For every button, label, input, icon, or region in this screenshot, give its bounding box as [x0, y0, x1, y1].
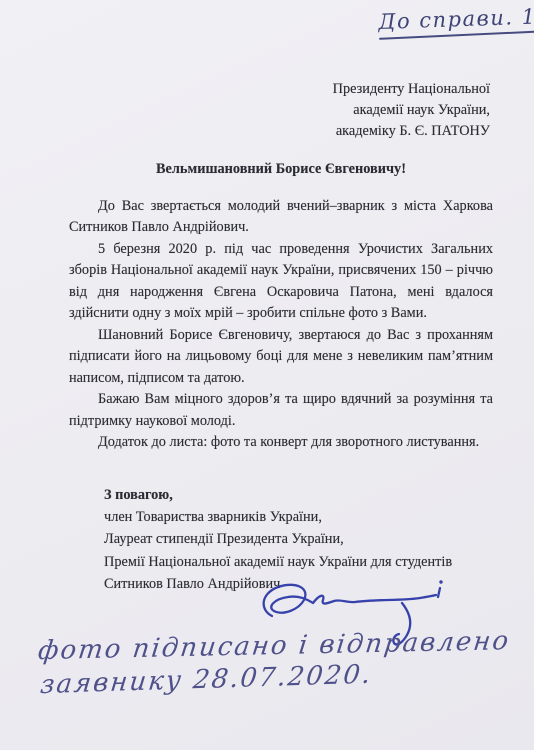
closing-credential: Премії Національної академії наук Україн…: [104, 551, 452, 573]
closing-regards: З повагою,: [104, 484, 452, 506]
scanned-letter-page: До справи. 1 Президенту Національної ака…: [0, 0, 534, 750]
handwritten-bottom-note-line2: заявнику 28.07.2020.: [39, 660, 374, 701]
paragraph: Шановний Борисе Євгеновичу, звертаюся до…: [69, 325, 493, 389]
paragraph: Додаток до листа: фото та конверт для зв…: [69, 432, 493, 453]
recipient-line: Президенту Національної: [333, 79, 490, 100]
closing-credential: член Товариства зварників України,: [104, 506, 452, 528]
paragraph: 5 березня 2020 р. під час проведення Уро…: [69, 239, 493, 325]
salutation: Вельмишановний Борисе Євгеновичу!: [69, 161, 493, 178]
closing-credential: Лауреат стипендії Президента України,: [104, 528, 452, 550]
paragraph: Бажаю Вам міцного здоров’я та щиро вдячн…: [69, 389, 493, 432]
handwritten-bottom-note-line1: фото підписано і відправлено: [36, 626, 511, 666]
recipient-line: академії наук України,: [333, 100, 490, 121]
recipient-block: Президенту Національної академії наук Ук…: [333, 79, 490, 143]
filing-note-text: До справи. 1: [378, 4, 534, 34]
recipient-line: академіку Б. Є. ПАТОНУ: [333, 121, 490, 142]
letter-body: До Вас звертається молодий вчений–зварни…: [69, 196, 493, 453]
handwritten-filing-note: До справи. 1: [378, 4, 534, 39]
paragraph: До Вас звертається молодий вчений–зварни…: [69, 196, 493, 239]
